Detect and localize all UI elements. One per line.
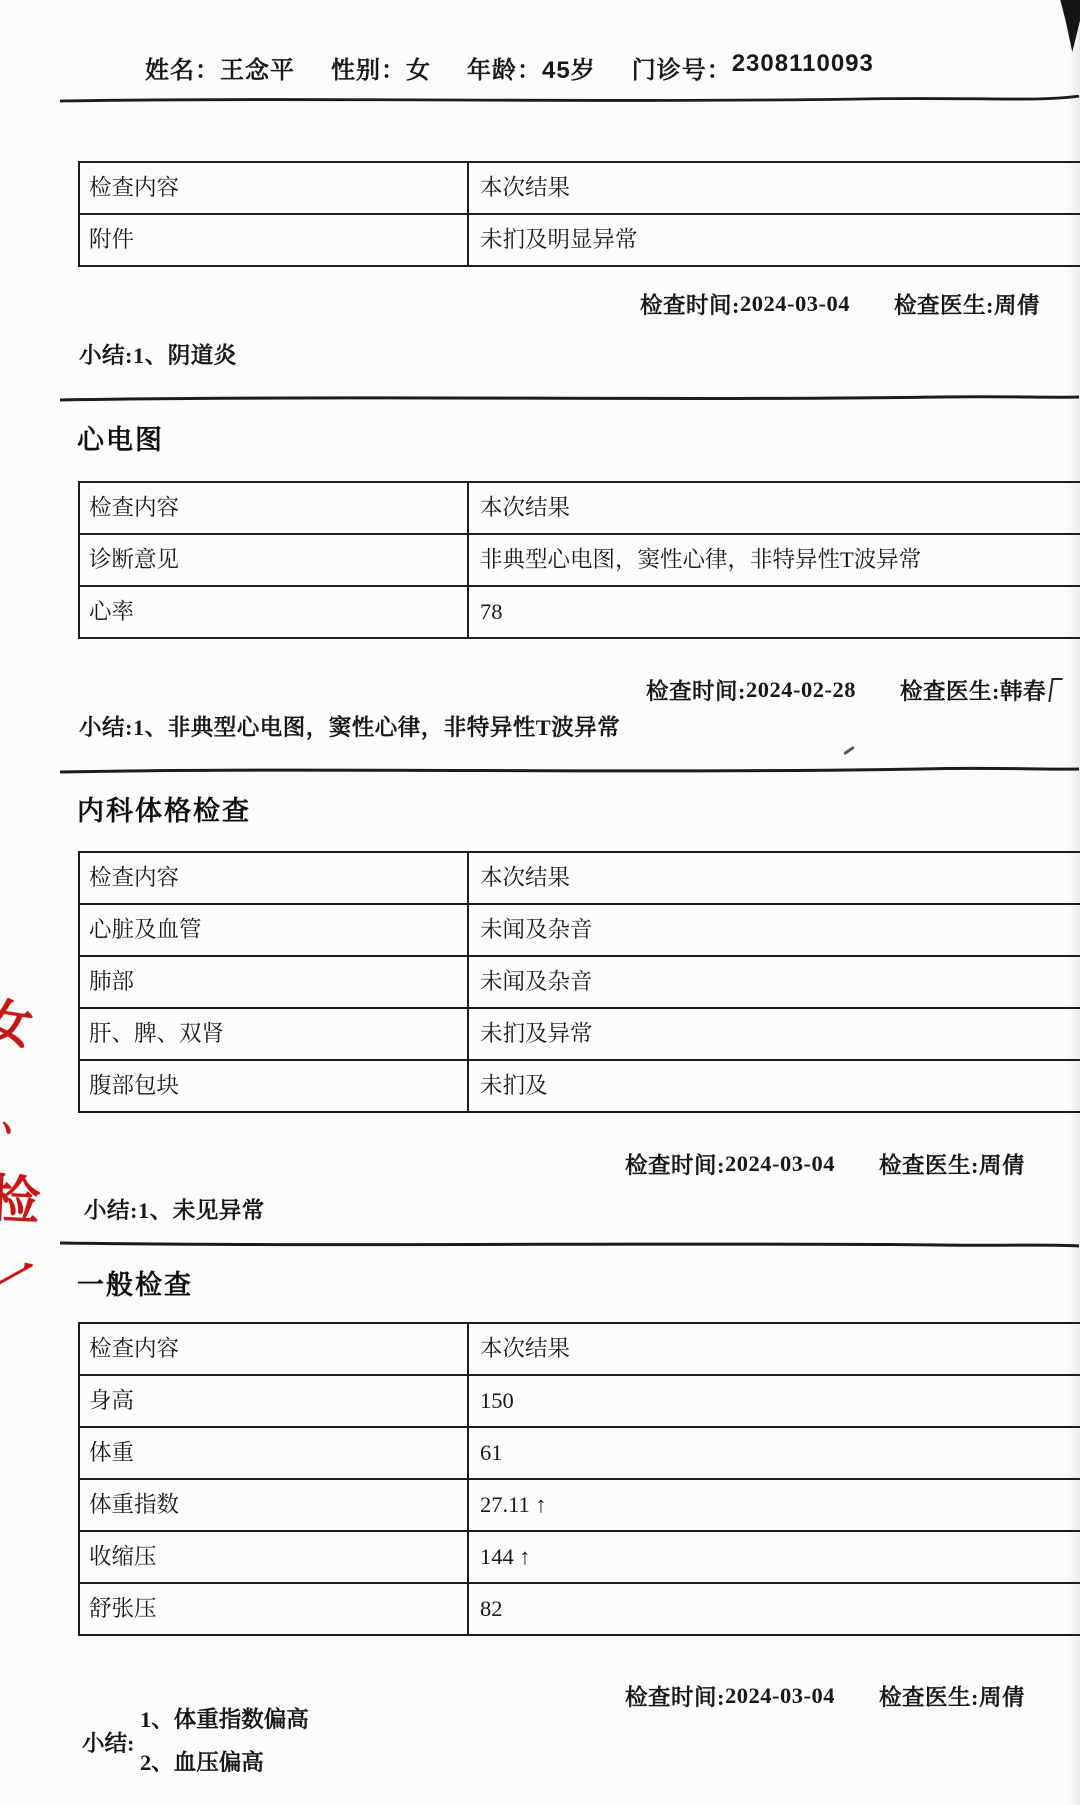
table-row: 肝、脾、双肾 未扪及异常 (80, 1007, 1080, 1059)
table-row: 肺部 未闻及杂音 (80, 955, 1080, 1007)
table-header-row: 检查内容 本次结果 (80, 853, 1080, 903)
exam-result-cell: 150 (469, 1376, 1080, 1426)
patient-age-label: 年龄 (467, 50, 517, 85)
patient-age-field: 年龄：45岁 (467, 50, 596, 85)
exam-result-cell: 非典型心电图，窦性心律，非特异性T波异常 (469, 535, 1080, 585)
table-header-row: 检查内容 本次结果 (80, 163, 1080, 213)
exam-time-field: 检查时间:2024-03-04 (625, 1680, 835, 1712)
exam-item-cell: 肺部 (80, 957, 469, 1007)
patient-gender-label: 性别 (331, 50, 381, 85)
scanned-report-page: 姓名：王念平 性别：女 年龄：45岁 门诊号：2308110093 检查内容 本… (0, 0, 1080, 1805)
section2-title: 心电图 (77, 418, 164, 457)
separator: ： (707, 50, 732, 85)
clinic-number-label: 门诊号 (632, 50, 707, 85)
section2-summary: 小结:1、非典型心电图，窦性心律，非特异性T波异常 (79, 710, 620, 742)
section2-time-doctor-line: 检查时间:2024-02-28 检查医生:韩春 (646, 674, 1061, 706)
exam-time-label: 检查时间: (646, 674, 746, 706)
exam-item-cell: 肝、脾、双肾 (80, 1009, 469, 1059)
column-header-item: 检查内容 (80, 163, 469, 213)
column-header-result: 本次结果 (469, 1324, 1080, 1374)
summary-item: 2、血压偏高 (140, 1745, 264, 1777)
exam-doctor-field: 检查医生:周倩 (879, 1148, 1025, 1180)
handwritten-character: 检 (0, 1157, 42, 1235)
table-row: 收缩压 144 ↑ (80, 1530, 1080, 1582)
exam-item-cell: 诊断意见 (80, 535, 469, 585)
summary-label: 小结: (79, 338, 133, 370)
exam-time-value: 2024-03-04 (725, 1683, 835, 1709)
patient-info-header: 姓名：王念平 性别：女 年龄：45岁 门诊号：2308110093 (145, 50, 874, 85)
exam-result-cell: 61 (469, 1428, 1080, 1478)
exam-doctor-value: 周倩 (994, 288, 1040, 320)
section3-results-table: 检查内容 本次结果 心脏及血管 未闻及杂音 肺部 未闻及杂音 肝、脾、双肾 未扪… (78, 851, 1080, 1113)
exam-doctor-label: 检查医生: (879, 1680, 979, 1712)
section-divider-rule (60, 766, 1080, 776)
exam-time-field: 检查时间:2024-02-28 (646, 674, 856, 706)
exam-time-value: 2024-02-28 (746, 677, 856, 703)
summary-label: 小结: (84, 1193, 138, 1225)
section4-results-table: 检查内容 本次结果 身高 150 体重 61 体重指数 27.11 ↑ 收缩压 … (78, 1322, 1080, 1636)
exam-time-value: 2024-03-04 (725, 1151, 835, 1177)
exam-item-cell: 腹部包块 (80, 1061, 469, 1111)
table-row: 身高 150 (80, 1374, 1080, 1426)
summary-item: 1、阴道炎 (133, 338, 237, 370)
table-row: 心率 78 (80, 585, 1080, 637)
summary-item: 1、非典型心电图，窦性心律，非特异性T波异常 (133, 710, 620, 742)
exam-time-field: 检查时间:2024-03-04 (625, 1148, 835, 1180)
column-header-result: 本次结果 (469, 483, 1080, 533)
table-row: 腹部包块 未扪及 (80, 1059, 1080, 1111)
exam-result-cell: 27.11 ↑ (469, 1480, 1080, 1530)
exam-doctor-value: 韩春 (1000, 674, 1046, 706)
patient-gender-value: 女 (406, 50, 431, 85)
exam-result-cell: 未闻及杂音 (469, 905, 1080, 955)
section-divider-rule (60, 393, 1080, 403)
exam-item-cell: 体重指数 (80, 1480, 469, 1530)
table-row: 体重指数 27.11 ↑ (80, 1478, 1080, 1530)
table-row: 附件 未扪及明显异常 (80, 213, 1080, 265)
exam-time-label: 检查时间: (625, 1148, 725, 1180)
patient-gender-field: 性别：女 (331, 50, 431, 85)
table-header-row: 检查内容 本次结果 (80, 1324, 1080, 1374)
handwritten-character: 女 (0, 981, 38, 1060)
table-row: 体重 61 (80, 1426, 1080, 1478)
section3-title: 内科体格检查 (77, 789, 251, 828)
exam-doctor-label: 检查医生: (879, 1148, 979, 1180)
separator: ： (381, 50, 406, 85)
exam-item-cell: 收缩压 (80, 1532, 469, 1582)
patient-age-value: 45岁 (542, 50, 596, 85)
clipped-character-fragment (1048, 678, 1062, 702)
table-row: 心脏及血管 未闻及杂音 (80, 903, 1080, 955)
separator: ： (517, 50, 542, 85)
exam-doctor-label: 检查医生: (900, 674, 1000, 706)
exam-doctor-field: 检查医生:周倩 (879, 1680, 1025, 1712)
exam-time-label: 检查时间: (640, 288, 740, 320)
scan-speck (843, 746, 855, 755)
patient-name-field: 姓名：王念平 (145, 50, 295, 85)
exam-time-label: 检查时间: (625, 1680, 725, 1712)
exam-item-cell: 体重 (80, 1428, 469, 1478)
section4-summary: 小结: 1、体重指数偏高 2、血压偏高 (82, 1702, 582, 1805)
summary-item: 1、体重指数偏高 (140, 1702, 309, 1734)
summary-label: 小结: (79, 710, 133, 742)
table-row: 诊断意见 非典型心电图，窦性心律，非特异性T波异常 (80, 533, 1080, 585)
column-header-result: 本次结果 (469, 163, 1080, 213)
handwritten-character: 一 (0, 1235, 49, 1312)
section1-summary: 小结:1、阴道炎 (79, 338, 237, 370)
patient-name-value: 王念平 (220, 50, 295, 85)
clinic-number-value: 2308110093 (732, 50, 874, 85)
section1-time-doctor-line: 检查时间:2024-03-04 检查医生:周倩 (640, 288, 1040, 320)
exam-result-cell: 未扪及明显异常 (469, 215, 1080, 265)
section4-title: 一般检查 (77, 1263, 193, 1302)
table-row: 舒张压 82 (80, 1582, 1080, 1634)
exam-result-cell: 未扪及 (469, 1061, 1080, 1111)
clinic-number-field: 门诊号：2308110093 (632, 50, 874, 85)
exam-doctor-field: 检查医生:周倩 (894, 288, 1040, 320)
exam-item-cell: 附件 (80, 215, 469, 265)
section3-time-doctor-line: 检查时间:2024-03-04 检查医生:周倩 (625, 1148, 1025, 1180)
exam-result-cell: 未扪及异常 (469, 1009, 1080, 1059)
patient-name-label: 姓名 (145, 50, 195, 85)
exam-time-field: 检查时间:2024-03-04 (640, 288, 850, 320)
exam-item-cell: 舒张压 (80, 1584, 469, 1634)
separator: ： (195, 50, 220, 85)
exam-item-cell: 心率 (80, 587, 469, 637)
section4-time-doctor-line: 检查时间:2024-03-04 检查医生:周倩 (625, 1680, 1025, 1712)
exam-result-cell: 78 (469, 587, 1080, 637)
section3-summary: 小结:1、未见异常 (84, 1193, 265, 1225)
section-divider-rule (60, 1240, 1080, 1250)
column-header-result: 本次结果 (469, 853, 1080, 903)
column-header-item: 检查内容 (80, 483, 469, 533)
summary-label: 小结: (82, 1726, 135, 1758)
section2-results-table: 检查内容 本次结果 诊断意见 非典型心电图，窦性心律，非特异性T波异常 心率 7… (78, 481, 1080, 639)
summary-item: 1、未见异常 (138, 1193, 265, 1225)
exam-item-cell: 身高 (80, 1376, 469, 1426)
header-divider-rule (60, 95, 1080, 105)
exam-result-cell: 144 ↑ (469, 1532, 1080, 1582)
section1-results-table: 检查内容 本次结果 附件 未扪及明显异常 (78, 161, 1080, 267)
exam-doctor-label: 检查医生: (894, 288, 994, 320)
column-header-item: 检查内容 (80, 853, 469, 903)
exam-item-cell: 心脏及血管 (80, 905, 469, 955)
exam-time-value: 2024-03-04 (740, 291, 850, 317)
exam-doctor-value: 周倩 (979, 1148, 1025, 1180)
exam-result-cell: 未闻及杂音 (469, 957, 1080, 1007)
handwritten-character: 、 (0, 1090, 47, 1150)
table-header-row: 检查内容 本次结果 (80, 483, 1080, 533)
exam-result-cell: 82 (469, 1584, 1080, 1634)
exam-doctor-value: 周倩 (979, 1680, 1025, 1712)
exam-doctor-field: 检查医生:韩春 (900, 674, 1061, 706)
corner-fold-mark (1056, 0, 1080, 52)
column-header-item: 检查内容 (80, 1324, 469, 1374)
